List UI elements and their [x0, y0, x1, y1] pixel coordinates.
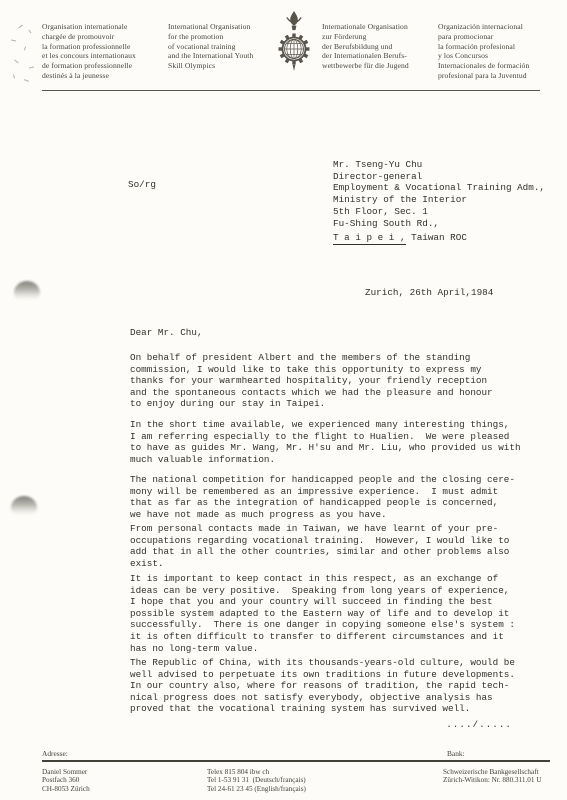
reference-code: So/rg	[128, 179, 156, 191]
recipient-title: Director-general	[333, 171, 545, 183]
letterhead-column-english: International Organisation for the promo…	[168, 22, 272, 71]
recipient-address: Mr. Tseng-Yu Chu Director-general Employ…	[333, 159, 545, 244]
letterhead-column-spanish: Organización internacional para promocio…	[438, 22, 560, 81]
letterhead-column-german: Internationale Organisation zur Förderun…	[322, 22, 426, 71]
punch-hole	[11, 496, 37, 519]
recipient-city: T a i p e i ,	[333, 232, 406, 245]
dateline: Zurich, 26th April,1984	[365, 287, 493, 299]
body-paragraph: The Republic of China, with its thousand…	[130, 657, 542, 715]
body-paragraph: In the short time available, we experien…	[130, 419, 542, 465]
body-paragraph: The national competition for handicapped…	[130, 474, 542, 520]
org-logo	[272, 6, 316, 78]
recipient-name: Mr. Tseng-Yu Chu	[333, 159, 545, 171]
body-paragraph: On behalf of president Albert and the me…	[130, 352, 542, 410]
recipient-floor: 5th Floor, Sec. 1	[333, 206, 545, 218]
footer-address-label: Adresse:	[42, 749, 68, 758]
body-paragraph: It is important to keep contact in this …	[130, 573, 542, 654]
footer-bank-label: Bank:	[447, 749, 465, 758]
globe-gear-torch-icon	[272, 6, 316, 78]
recipient-street: Fu-Shing South Rd.,	[333, 218, 545, 230]
letter-page: Organisation internationale chargée de p…	[0, 0, 567, 800]
footer-divider	[42, 760, 550, 762]
footer-postal-address: Daniel Sommer Postfach 360 CH-8053 Züric…	[42, 768, 90, 793]
letterhead-divider	[42, 90, 540, 91]
footer-telex-phone: Telex 815 804 ibw ch Tel 1-53 91 31 (Deu…	[207, 768, 306, 793]
recipient-ministry: Ministry of the Interior	[333, 194, 545, 206]
recipient-org: Employment & Vocational Training Adm.,	[333, 182, 545, 194]
letterhead-column-french: Organisation internationale chargée de p…	[42, 22, 154, 81]
punch-hole	[14, 281, 40, 304]
recipient-country: Taiwan ROC	[406, 232, 467, 243]
salutation: Dear Mr. Chu,	[130, 327, 203, 339]
continuation-mark: ..../.....	[400, 719, 512, 731]
footer-bank-details: Schweizerische Bankgesellschaft Zürich-W…	[443, 768, 541, 785]
recipient-city-line: T a i p e i , Taiwan ROC	[333, 232, 545, 244]
body-paragraph: From personal contacts made in Taiwan, w…	[130, 523, 542, 569]
